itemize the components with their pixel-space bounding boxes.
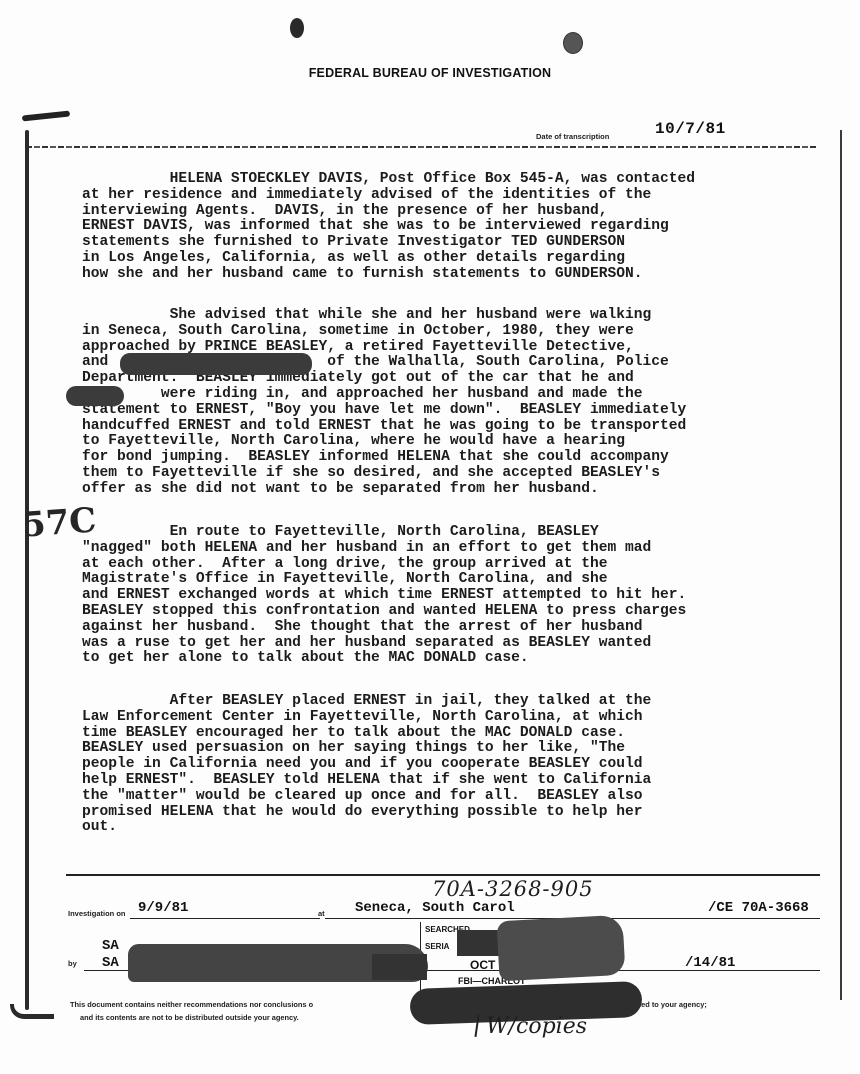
paragraph-4: After BEASLEY placed ERNEST in jail, the… [82,694,812,836]
handwritten-file-number: 70A-3268-905 [432,877,594,901]
agent-prefix: SA [102,955,119,971]
at-label: at [318,909,325,918]
redaction-block [66,386,124,406]
stamp-serialized: SERIA [425,942,449,951]
investigation-date: 9/9/81 [138,900,188,916]
redaction-block [497,915,626,982]
margin-bracket-line [25,130,29,1010]
investigation-place: Seneca, South Carol [355,900,515,916]
transcription-date: 10/7/81 [655,120,726,138]
transcription-label: Date of transcription [536,132,609,141]
redaction-block [120,353,312,375]
margin-bracket-line-right [840,130,842,1000]
margin-bracket-hook [10,1004,54,1019]
paragraph-2: She advised that while she and her husba… [82,308,812,498]
footer-divider [66,874,820,876]
by-label: by [68,959,77,968]
paragraph-1: HELENA STOECKLEY DAVIS, Post Office Box … [82,172,812,283]
fbi-302-document-page: FEDERAL BUREAU OF INVESTIGATION Date of … [0,0,860,1074]
disclaimer-line-1: This document contains neither recommend… [70,1000,313,1009]
disclaimer-line-2: and its contents are not to be distribut… [80,1013,299,1022]
handwritten-signature: W/copies [486,1014,587,1039]
paragraph-3: En route to Fayetteville, North Carolina… [82,525,812,667]
redaction-block [372,954,427,980]
margin-pen-mark [22,111,70,122]
investigation-label: Investigation on [68,909,126,918]
agency-title: FEDERAL BUREAU OF INVESTIGATION [0,66,860,80]
punch-hole [563,32,583,54]
file-number: /CE 70A-3668 [708,900,809,916]
dictated-date: /14/81 [685,955,735,971]
header-divider [26,146,816,148]
underline [130,918,320,919]
stamp-month: OCT [470,958,495,972]
agent-prefix: SA [102,938,119,954]
punch-hole [290,18,304,38]
